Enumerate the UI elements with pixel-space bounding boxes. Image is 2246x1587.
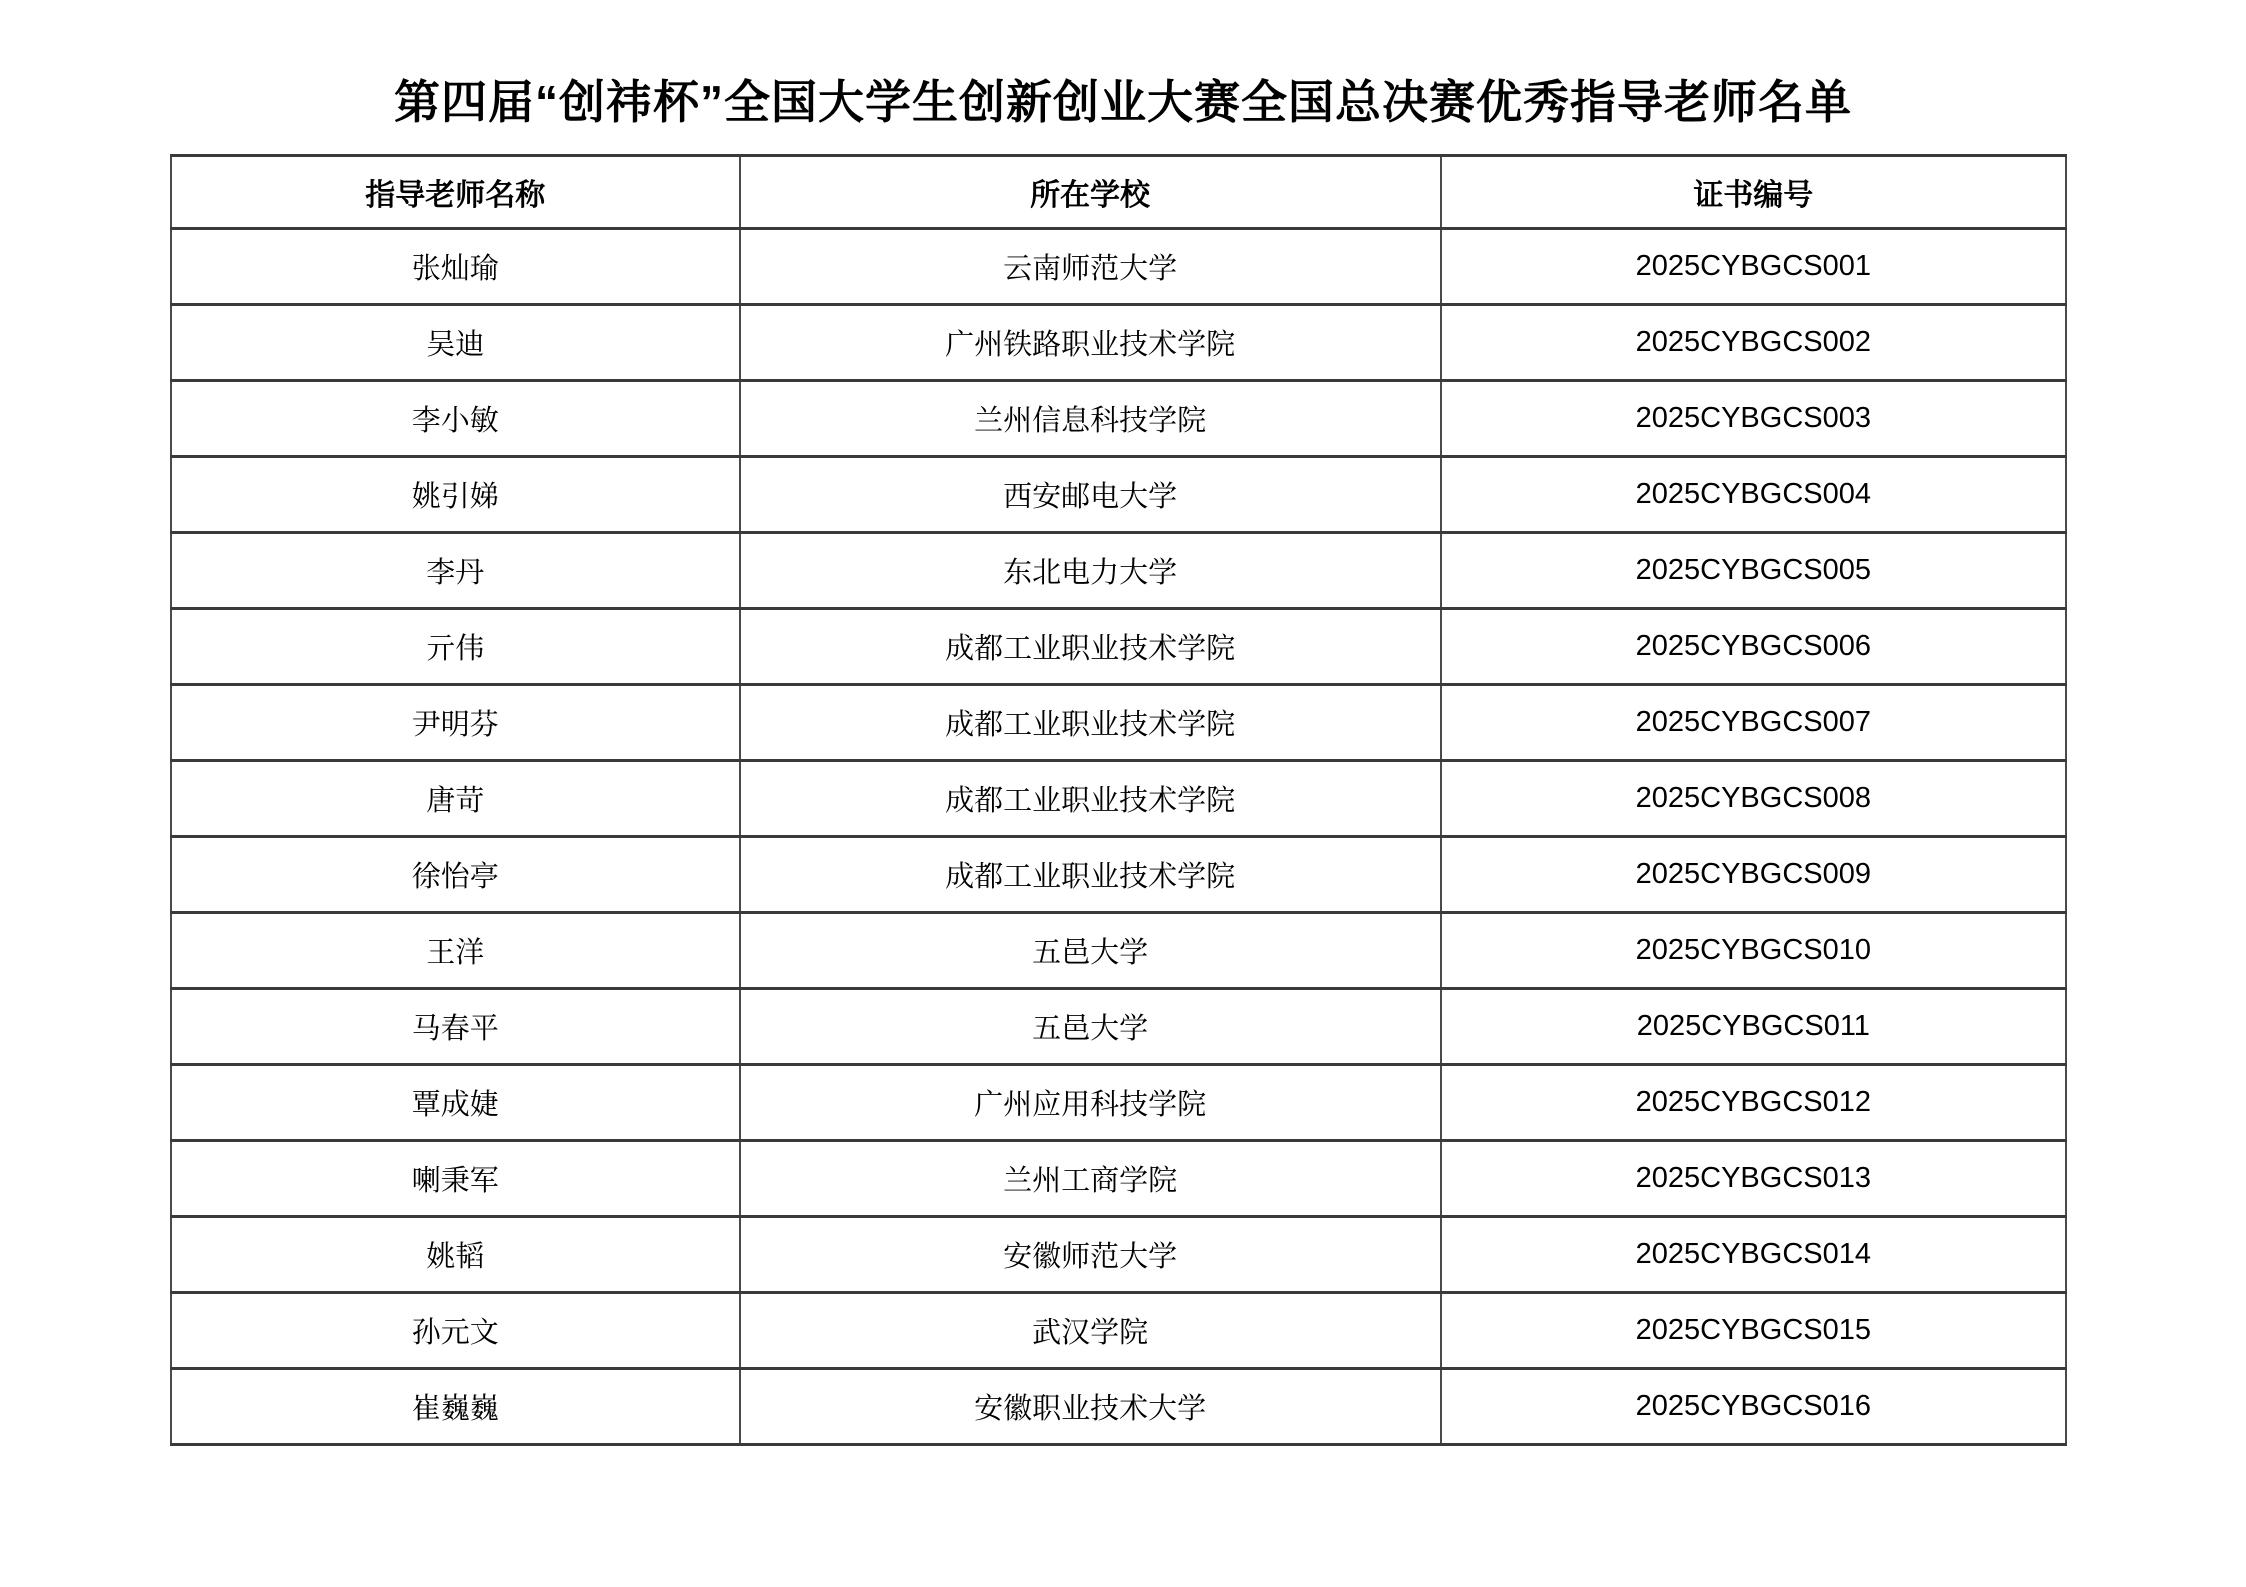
teacher-table-body: 张灿瑜云南师范大学2025CYBGCS001吴迪广州铁路职业技术学院2025CY… bbox=[171, 229, 2066, 1445]
table-row: 张灿瑜云南师范大学2025CYBGCS001 bbox=[171, 229, 2066, 305]
school-cell: 兰州信息科技学院 bbox=[740, 381, 1441, 457]
certificate-number-cell: 2025CYBGCS004 bbox=[1441, 457, 2066, 533]
teacher-roster-table: 指导老师名称 所在学校 证书编号 张灿瑜云南师范大学2025CYBGCS001吴… bbox=[170, 154, 2067, 1446]
certificate-number-cell: 2025CYBGCS002 bbox=[1441, 305, 2066, 381]
teacher-name-cell: 尹明芬 bbox=[171, 685, 740, 761]
school-cell: 西安邮电大学 bbox=[740, 457, 1441, 533]
column-header-school: 所在学校 bbox=[740, 156, 1441, 229]
certificate-number-cell: 2025CYBGCS001 bbox=[1441, 229, 2066, 305]
school-cell: 成都工业职业技术学院 bbox=[740, 761, 1441, 837]
teacher-name-cell: 唐苛 bbox=[171, 761, 740, 837]
teacher-name-cell: 张灿瑜 bbox=[171, 229, 740, 305]
school-cell: 成都工业职业技术学院 bbox=[740, 837, 1441, 913]
certificate-number-cell: 2025CYBGCS006 bbox=[1441, 609, 2066, 685]
certificate-number-cell: 2025CYBGCS010 bbox=[1441, 913, 2066, 989]
school-cell: 广州应用科技学院 bbox=[740, 1065, 1441, 1141]
school-cell: 东北电力大学 bbox=[740, 533, 1441, 609]
teacher-name-cell: 覃成婕 bbox=[171, 1065, 740, 1141]
school-cell: 广州铁路职业技术学院 bbox=[740, 305, 1441, 381]
school-cell: 五邑大学 bbox=[740, 913, 1441, 989]
school-cell: 云南师范大学 bbox=[740, 229, 1441, 305]
teacher-name-cell: 姚引娣 bbox=[171, 457, 740, 533]
column-header-certificate-number: 证书编号 bbox=[1441, 156, 2066, 229]
school-cell: 成都工业职业技术学院 bbox=[740, 609, 1441, 685]
document-page: 第四届“创祎杯”全国大学生创新创业大赛全国总决赛优秀指导老师名单 指导老师名称 … bbox=[0, 0, 2246, 1587]
certificate-number-cell: 2025CYBGCS014 bbox=[1441, 1217, 2066, 1293]
school-cell: 兰州工商学院 bbox=[740, 1141, 1441, 1217]
table-row: 亓伟成都工业职业技术学院2025CYBGCS006 bbox=[171, 609, 2066, 685]
table-row: 马春平五邑大学2025CYBGCS011 bbox=[171, 989, 2066, 1065]
certificate-number-cell: 2025CYBGCS008 bbox=[1441, 761, 2066, 837]
table-row: 喇秉军兰州工商学院2025CYBGCS013 bbox=[171, 1141, 2066, 1217]
certificate-number-cell: 2025CYBGCS016 bbox=[1441, 1369, 2066, 1445]
page-title: 第四届“创祎杯”全国大学生创新创业大赛全国总决赛优秀指导老师名单 bbox=[0, 66, 2246, 132]
school-cell: 安徽职业技术大学 bbox=[740, 1369, 1441, 1445]
table-row: 崔巍巍安徽职业技术大学2025CYBGCS016 bbox=[171, 1369, 2066, 1445]
table-row: 唐苛成都工业职业技术学院2025CYBGCS008 bbox=[171, 761, 2066, 837]
teacher-name-cell: 王洋 bbox=[171, 913, 740, 989]
teacher-name-cell: 姚韬 bbox=[171, 1217, 740, 1293]
table-header: 指导老师名称 所在学校 证书编号 bbox=[171, 156, 2066, 229]
table-row: 尹明芬成都工业职业技术学院2025CYBGCS007 bbox=[171, 685, 2066, 761]
teacher-name-cell: 孙元文 bbox=[171, 1293, 740, 1369]
table-row: 孙元文武汉学院2025CYBGCS015 bbox=[171, 1293, 2066, 1369]
teacher-name-cell: 徐怡亭 bbox=[171, 837, 740, 913]
certificate-number-cell: 2025CYBGCS011 bbox=[1441, 989, 2066, 1065]
school-cell: 武汉学院 bbox=[740, 1293, 1441, 1369]
school-cell: 成都工业职业技术学院 bbox=[740, 685, 1441, 761]
certificate-number-cell: 2025CYBGCS013 bbox=[1441, 1141, 2066, 1217]
table-row: 覃成婕广州应用科技学院2025CYBGCS012 bbox=[171, 1065, 2066, 1141]
table-row: 李丹东北电力大学2025CYBGCS005 bbox=[171, 533, 2066, 609]
teacher-name-cell: 亓伟 bbox=[171, 609, 740, 685]
teacher-name-cell: 李丹 bbox=[171, 533, 740, 609]
teacher-name-cell: 崔巍巍 bbox=[171, 1369, 740, 1445]
certificate-number-cell: 2025CYBGCS007 bbox=[1441, 685, 2066, 761]
column-header-teacher-name: 指导老师名称 bbox=[171, 156, 740, 229]
table-row: 姚韬安徽师范大学2025CYBGCS014 bbox=[171, 1217, 2066, 1293]
certificate-number-cell: 2025CYBGCS012 bbox=[1441, 1065, 2066, 1141]
table-row: 李小敏兰州信息科技学院2025CYBGCS003 bbox=[171, 381, 2066, 457]
table-row: 王洋五邑大学2025CYBGCS010 bbox=[171, 913, 2066, 989]
school-cell: 安徽师范大学 bbox=[740, 1217, 1441, 1293]
certificate-number-cell: 2025CYBGCS015 bbox=[1441, 1293, 2066, 1369]
school-cell: 五邑大学 bbox=[740, 989, 1441, 1065]
teacher-name-cell: 喇秉军 bbox=[171, 1141, 740, 1217]
table-row: 姚引娣西安邮电大学2025CYBGCS004 bbox=[171, 457, 2066, 533]
table-row: 吴迪广州铁路职业技术学院2025CYBGCS002 bbox=[171, 305, 2066, 381]
certificate-number-cell: 2025CYBGCS009 bbox=[1441, 837, 2066, 913]
certificate-number-cell: 2025CYBGCS005 bbox=[1441, 533, 2066, 609]
teacher-name-cell: 李小敏 bbox=[171, 381, 740, 457]
table-header-row: 指导老师名称 所在学校 证书编号 bbox=[171, 156, 2066, 229]
teacher-name-cell: 马春平 bbox=[171, 989, 740, 1065]
certificate-number-cell: 2025CYBGCS003 bbox=[1441, 381, 2066, 457]
table-row: 徐怡亭成都工业职业技术学院2025CYBGCS009 bbox=[171, 837, 2066, 913]
teacher-name-cell: 吴迪 bbox=[171, 305, 740, 381]
